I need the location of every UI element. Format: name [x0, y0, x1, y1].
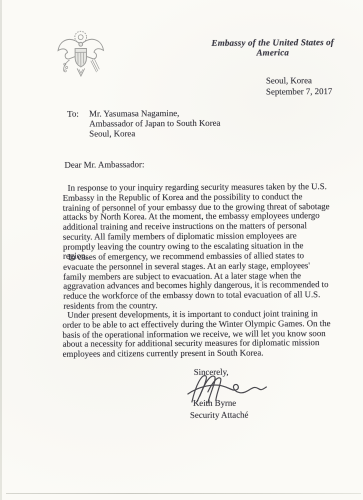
letter-content: Embassy of the United States of America …: [0, 0, 363, 500]
recipient-block: To: Mr. Yasumasa Nagamine, Ambassador of…: [67, 108, 220, 140]
place-line: Seoul, Korea: [266, 75, 332, 86]
body-paragraph: In cases of emergency, we recommend emba…: [63, 251, 330, 311]
recipient-label: To:: [67, 109, 89, 140]
dateline-block: Seoul, Korea September 7, 2017: [266, 75, 332, 97]
scan-edge-left: [0, 0, 2, 500]
letter-page: Embassy of the United States of America …: [0, 0, 363, 500]
recipient-address: Mr. Yasumasa Nagamine, Ambassador of Jap…: [89, 108, 220, 139]
recipient-line: Seoul, Korea: [89, 128, 220, 139]
body-paragraph: Under present developments, it is import…: [62, 309, 331, 359]
great-seal-icon: [57, 29, 105, 82]
salutation: Dear Mr. Ambassador:: [64, 159, 144, 169]
recipient-line: Ambassador of Japan to South Korea: [89, 118, 220, 129]
letterhead-title: Embassy of the United States of America: [197, 37, 349, 58]
date-line: September 7, 2017: [266, 86, 332, 97]
signature-icon: [185, 370, 269, 407]
signer-title: Security Attaché: [190, 410, 248, 420]
scan-edge-bottom: [6, 493, 361, 494]
